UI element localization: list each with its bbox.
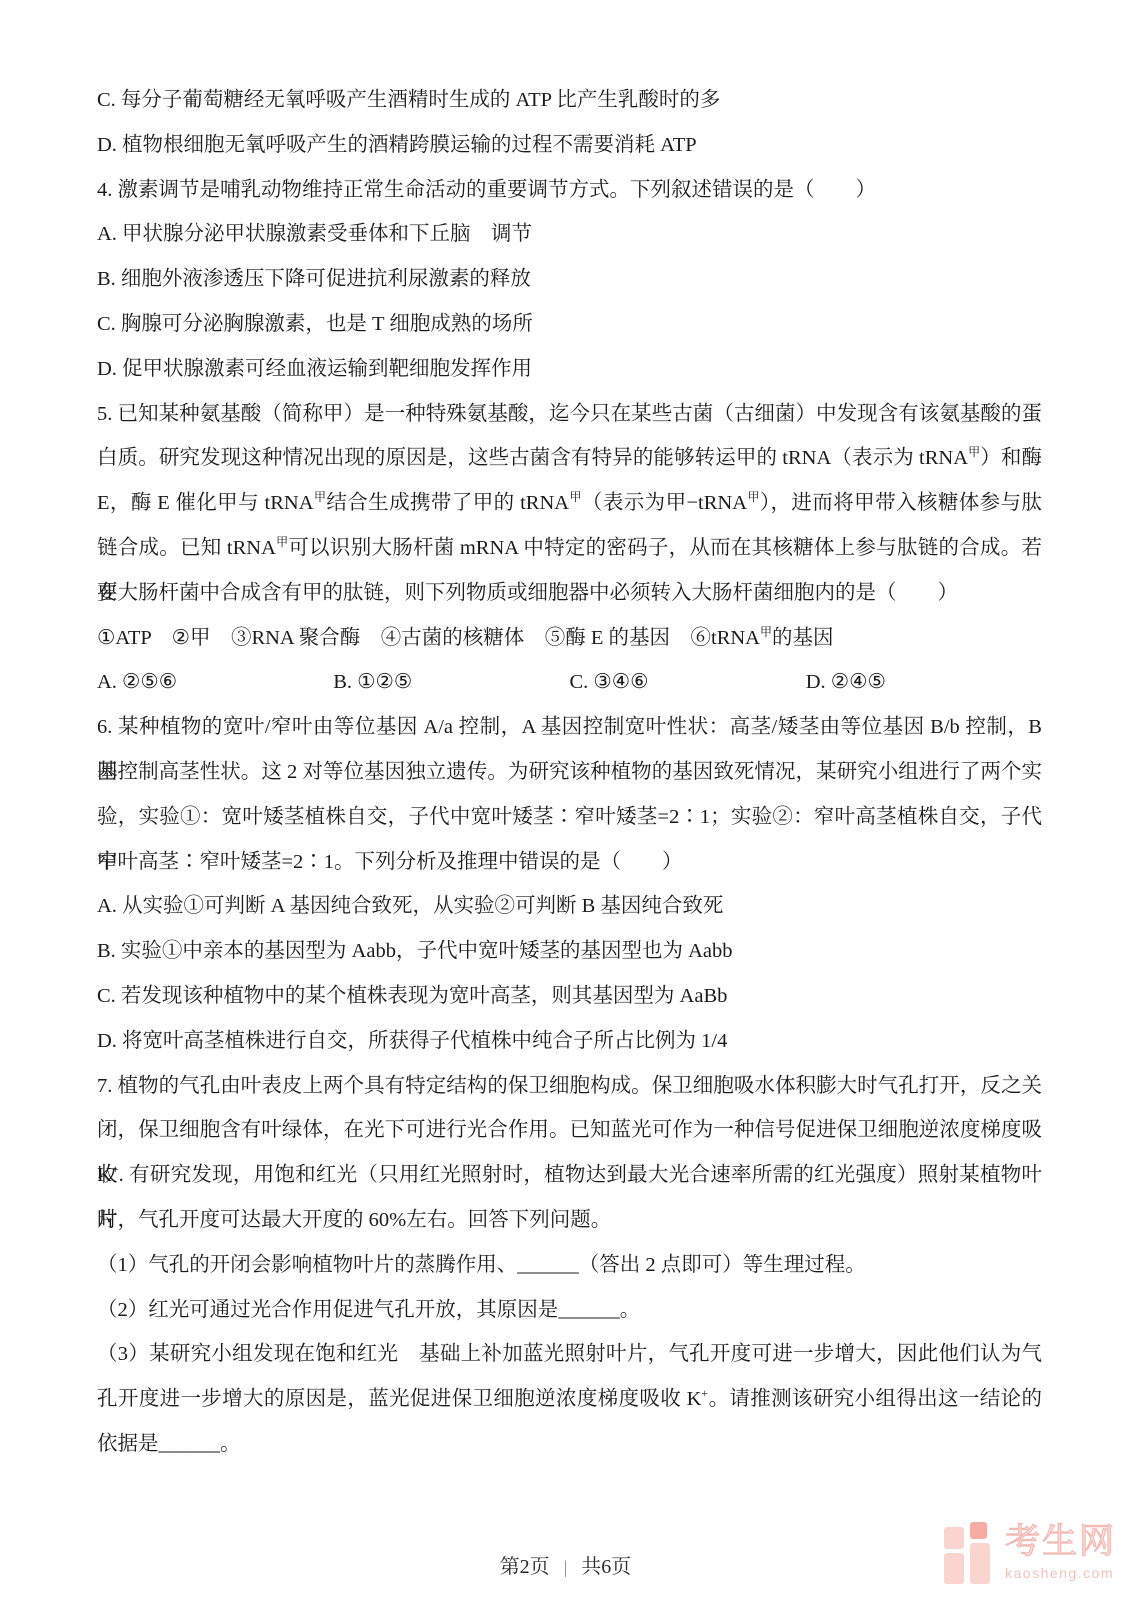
q7-sub-question-2: （2）红光可通过光合作用促进气孔开放，其原因是______。: [97, 1288, 1042, 1333]
footer-separator: |: [564, 1557, 568, 1577]
q5-stem-line-1: 5. 已知某种氨基酸（简称甲）是一种特殊氨基酸，迄今只在某些古菌（古细菌）中发现…: [97, 392, 1042, 437]
q6-option-c: C. 若发现该种植物中的某个植株表现为宽叶高茎，则其基因型为 AaBb: [97, 974, 1042, 1019]
footer-total-pages: 共6页: [581, 1556, 631, 1578]
q7-stem-line-1: 7. 植物的气孔由叶表皮上两个具有特定结构的保卫细胞构成。保卫细胞吸水体积膨大时…: [97, 1064, 1042, 1109]
kaosheng-watermark: 考生网 kaosheng.com: [944, 1522, 1116, 1588]
q4-stem: 4. 激素调节是哺乳动物维持正常生命活动的重要调节方式。下列叙述错误的是（ ）: [97, 168, 1042, 213]
exam-page: C. 每分子葡萄糖经无氧呼吸产生酒精时生成的 ATP 比产生乳酸时的多 D. 植…: [0, 0, 1131, 1600]
q7-stem-line-3: K+. 有研究发现，用饱和红光（只用红光照射时，植物达到最大光合速率所需的红光强…: [97, 1153, 1042, 1198]
q7-sub-question-3-line-1: （3）某研究小组发现在饱和红光 基础上补加蓝光照射叶片，气孔开度可进一步增大，因…: [97, 1332, 1042, 1377]
q5-option-a: A. ②⑤⑥: [97, 660, 333, 705]
q6-option-b: B. 实验①中亲本的基因型为 Aabb，子代中宽叶矮茎的基因型也为 Aabb: [97, 929, 1042, 974]
q5-stem-line-2: 白质。研究发现这种情况出现的原因是，这些古菌含有特异的能够转运甲的 tRNA（表…: [97, 436, 1042, 481]
q6-stem-line-2: 因控制高茎性状。这 2 对等位基因独立遗传。为研究该种植物的基因致死情况，某研究…: [97, 750, 1042, 795]
q6-option-a: A. 从实验①可判断 A 基因纯合致死，从实验②可判断 B 基因纯合致死: [97, 884, 1042, 929]
kaosheng-logo-icon: [944, 1522, 996, 1588]
q5-option-c: C. ③④⑥: [570, 660, 806, 705]
watermark-domain: kaosheng.com: [1005, 1565, 1116, 1581]
q4-option-b: B. 细胞外液渗透压下降可促进抗利尿激素的释放: [97, 257, 1042, 302]
q5-options-row: A. ②⑤⑥ B. ①②⑤ C. ③④⑥ D. ②④⑤: [97, 660, 1042, 705]
q5-option-d: D. ②④⑤: [806, 660, 1042, 705]
q7-sub-question-3-line-3: 依据是______。: [97, 1422, 1042, 1467]
q7-stem-line-2: 闭，保卫细胞含有叶绿体，在光下可进行光合作用。已知蓝光可作为一种信号促进保卫细胞…: [97, 1108, 1042, 1153]
q4-option-d: D. 促甲状腺激素可经血液运输到靶细胞发挥作用: [97, 347, 1042, 392]
q4-option-c: C. 胸腺可分泌胸腺激素，也是 T 细胞成熟的场所: [97, 302, 1042, 347]
q3-option-d: D. 植物根细胞无氧呼吸产生的酒精跨膜运输的过程不需要消耗 ATP: [97, 123, 1042, 168]
footer-page-number: 第2页: [500, 1556, 550, 1578]
q5-numbered-items: ①ATP ②甲 ③RNA 聚合酶 ④古菌的核糖体 ⑤酶 E 的基因 ⑥tRNA甲…: [97, 616, 1042, 661]
q7-stem-line-4: 时，气孔开度可达最大开度的 60%左右。回答下列问题。: [97, 1198, 1042, 1243]
q5-stem-line-5: 在大肠杆菌中合成含有甲的肽链，则下列物质或细胞器中必须转入大肠杆菌细胞内的是（ …: [97, 571, 1042, 616]
q5-stem-line-3: E，酶 E 催化甲与 tRNA甲结合生成携带了甲的 tRNA甲（表示为甲−tRN…: [97, 481, 1042, 526]
q5-option-b: B. ①②⑤: [333, 660, 569, 705]
q6-stem-line-4: 窄叶高茎∶窄叶矮茎=2∶1。下列分析及推理中错误的是（ ）: [97, 840, 1042, 885]
watermark-text: 考生网 kaosheng.com: [1005, 1522, 1116, 1581]
q7-sub-question-3-line-2: 孔开度进一步增大的原因是，蓝光促进保卫细胞逆浓度梯度吸收 K+。请推测该研究小组…: [97, 1377, 1042, 1422]
watermark-brand: 考生网: [1005, 1522, 1116, 1562]
q7-sub-question-1: （1）气孔的开闭会影响植物叶片的蒸腾作用、______（答出 2 点即可）等生理…: [97, 1243, 1042, 1288]
q3-option-c: C. 每分子葡萄糖经无氧呼吸产生酒精时生成的 ATP 比产生乳酸时的多: [97, 78, 1042, 123]
q4-option-a: A. 甲状腺分泌甲状腺激素受垂体和下丘脑 调节: [97, 212, 1042, 257]
q6-option-d: D. 将宽叶高茎植株进行自交，所获得子代植株中纯合子所占比例为 1/4: [97, 1019, 1042, 1064]
q6-stem-line-1: 6. 某种植物的宽叶/窄叶由等位基因 A/a 控制，A 基因控制宽叶性状：高茎/…: [97, 705, 1042, 750]
q5-stem-line-4: 链合成。已知 tRNA甲可以识别大肠杆菌 mRNA 中特定的密码子，从而在其核糖…: [97, 526, 1042, 571]
q6-stem-line-3: 验，实验①：宽叶矮茎植株自交，子代中宽叶矮茎∶窄叶矮茎=2∶1；实验②：窄叶高茎…: [97, 795, 1042, 840]
exam-content: C. 每分子葡萄糖经无氧呼吸产生酒精时生成的 ATP 比产生乳酸时的多 D. 植…: [97, 78, 1042, 1467]
